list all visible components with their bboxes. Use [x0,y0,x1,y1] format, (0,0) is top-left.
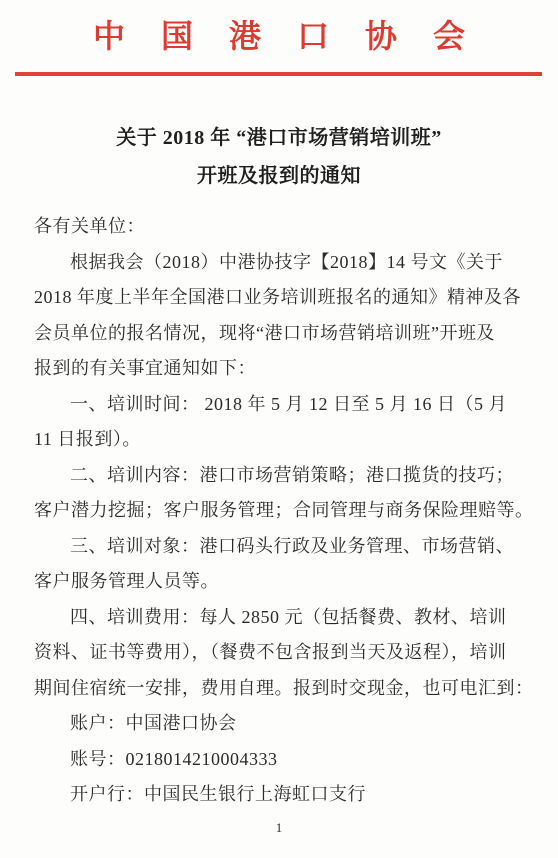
account-name-line: 账户：中国港口协会 [34,706,528,742]
body-line: 客户服务管理人员等。 [34,564,528,600]
body-line: 11 日报到）。 [34,422,528,458]
body-line: 客户潜力挖掘；客户服务管理；合同管理与商务保险理赔等。 [34,493,528,529]
document-title-line2: 开班及报到的通知 [0,157,558,195]
training-time-line: 一、培训时间： 2018 年 5 月 12 日至 5 月 16 日（5 月 [34,387,528,423]
document-title: 关于 2018 年 “港口市场营销培训班” 开班及报到的通知 [0,119,558,195]
letterhead-divider-rule [15,72,542,76]
document-title-line1: 关于 2018 年 “港口市场营销培训班” [0,119,558,157]
account-number-line: 账号：0218014210004333 [34,742,528,778]
body-line: 会员单位的报名情况，现将“港口市场营销培训班”开班及 [34,316,528,352]
body-line: 2018 年度上半年全国港口业务培训班报名的通知》精神及各 [34,280,528,316]
training-fee-line: 四、培训费用：每人 2850 元（包括餐费、教材、培训 [34,600,528,636]
notice-body: 各有关单位： 根据我会（2018）中港协技字【2018】14 号文《关于 201… [34,209,528,813]
body-line: 资料、证书等费用），（餐费不包含报到当天及返程），培训 [34,635,528,671]
training-target-line: 三、培训对象：港口码头行政及业务管理、市场营销、 [34,529,528,565]
salutation: 各有关单位： [34,209,528,245]
bank-branch-line: 开户行：中国民生银行上海虹口支行 [34,777,528,813]
organization-letterhead: 中国港口协会 [0,0,558,58]
body-line: 报到的有关事宜通知如下： [34,351,528,387]
page-number: 1 [0,820,558,836]
body-line: 期间住宿统一安排，费用自理。报到时交现金，也可电汇到： [34,671,528,707]
training-content-line: 二、培训内容：港口市场营销策略；港口揽货的技巧； [34,458,528,494]
scanned-notice-page: 中国港口协会 关于 2018 年 “港口市场营销培训班” 开班及报到的通知 各有… [0,0,558,858]
body-line: 根据我会（2018）中港协技字【2018】14 号文《关于 [34,245,528,281]
